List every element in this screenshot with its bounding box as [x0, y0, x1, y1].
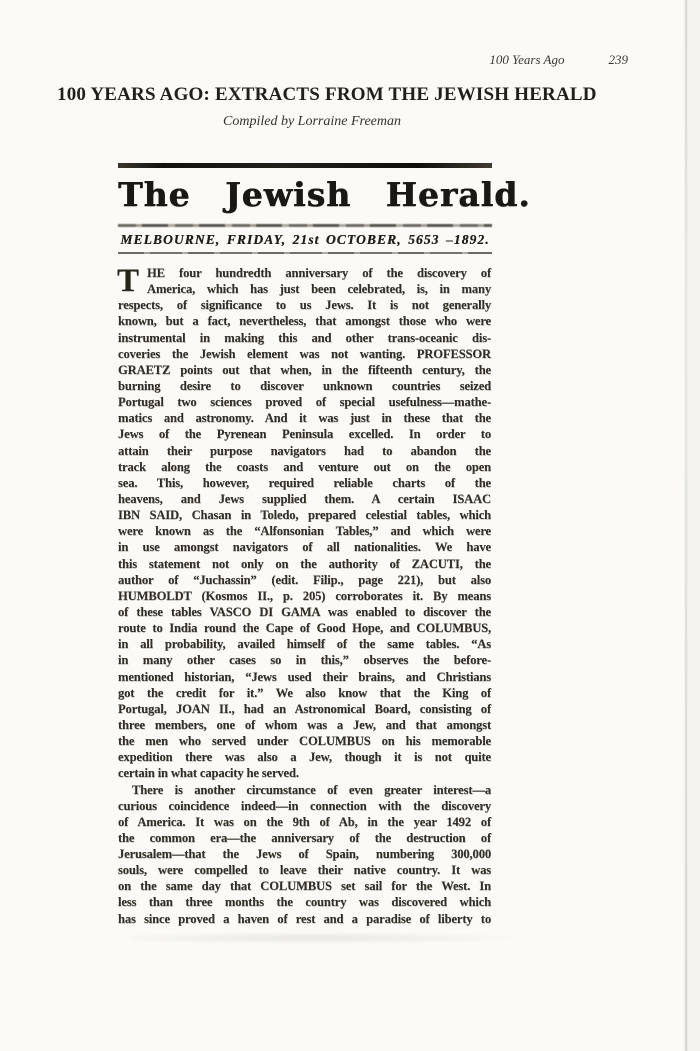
body-line: matics and astronomy. And it was just in… [118, 410, 491, 426]
article-body: T HE four hundredth anniversary of the d… [118, 265, 491, 927]
body-line: track along the coasts and venture out o… [118, 459, 491, 475]
body-line: this statement not only on the authority… [118, 556, 491, 572]
page-number: 239 [609, 52, 629, 67]
body-line: author of “Juchassin” (edit. Filip., pag… [118, 572, 491, 588]
body-line: three members, one of whom was a Jew, an… [118, 717, 491, 733]
body-line: the men who served under COLUMBUS on his… [118, 733, 491, 749]
body-line: route to India round the Cape of Good Ho… [118, 620, 491, 636]
newspaper-masthead: The Jewish Herald. MELBOURNE, FRIDAY, 21… [118, 160, 492, 254]
body-line: heavens, and Jews supplied them. A certa… [118, 491, 491, 507]
masthead-smudge-rule [118, 224, 492, 227]
page-edge-line [685, 0, 687, 1051]
body-line: souls, were compelled to leave their nat… [118, 862, 491, 878]
bottom-smudge [130, 932, 530, 944]
body-line: Jerusalem—that the Jews of Spain, number… [118, 846, 491, 862]
body-line: Portugal, JOAN II., had an Astronomical … [118, 701, 491, 717]
body-line: less than three months the country was d… [118, 894, 491, 910]
body-line: the common era—the anniversary of the de… [118, 830, 491, 846]
body-line: on the same day that COLUMBUS set sail f… [118, 878, 491, 894]
body-line: burning desire to discover unknown count… [118, 378, 491, 394]
body-line: respects, of significance to us Jews. It… [118, 297, 491, 313]
body-line: in all probability, availed himself of t… [118, 636, 491, 652]
body-line: Jews of the Pyrenean Peninsula excelled.… [118, 426, 491, 442]
byline: Compiled by Lorraine Freeman [0, 114, 624, 130]
body-line: in use amongst navigators of all nationa… [118, 539, 491, 555]
body-line: certain in what capacity he served. [118, 765, 491, 781]
body-line: got the credit for it.” We also know tha… [118, 685, 491, 701]
body-line: instrumental in making this and other tr… [118, 330, 491, 346]
running-head: 100 Years Ago239 [489, 52, 628, 68]
drop-cap: T [117, 266, 139, 296]
body-line: of these tables VASCO DI GAMA was enable… [118, 604, 491, 620]
masthead-top-rule [118, 163, 492, 168]
body-line: mentioned historian, “Jews used their br… [118, 669, 491, 685]
newspaper-title: The Jewish Herald. [118, 170, 492, 220]
body-line: curious coincidence indeed—in connection… [118, 798, 491, 814]
body-line: known, but a fact, nevertheless, that am… [118, 313, 491, 329]
body-line: were known as the “Alfonsonian Tables,” … [118, 523, 491, 539]
masthead-bottom-rule [118, 252, 492, 254]
body-line: HUMBOLDT (Kosmos II., p. 205) corroborat… [118, 588, 491, 604]
body-line: GRAETZ points out that when, in the fift… [118, 362, 491, 378]
article-title: 100 YEARS AGO: EXTRACTS FROM THE JEWISH … [57, 84, 657, 106]
body-line: Portugal two sciences proved of special … [118, 394, 491, 410]
body-line: attain their purpose navigators had to a… [118, 443, 491, 459]
running-head-title: 100 Years Ago [489, 52, 564, 67]
scanned-page: 100 Years Ago239 100 YEARS AGO: EXTRACTS… [0, 0, 700, 1051]
dateline: MELBOURNE, FRIDAY, 21st OCTOBER, 5653 –1… [118, 232, 492, 248]
body-line: expedition there was also a Jew, though … [118, 749, 491, 765]
body-line: of America. It was on the 9th of Ab, in … [118, 814, 491, 830]
body-line: IBN SAID, Chasan in Toledo, prepared cel… [118, 507, 491, 523]
body-line: in many other cases so in this,” observe… [118, 652, 491, 668]
body-line: coveries the Jewish element was not want… [118, 346, 491, 362]
body-line: sea. This, however, required reliable ch… [118, 475, 491, 491]
body-line: America, which has just been celebrated,… [118, 281, 491, 297]
page-edge-strip [687, 0, 700, 1051]
body-line: has since proved a haven of rest and a p… [118, 911, 491, 927]
body-line: There is another circumstance of even gr… [118, 782, 491, 798]
body-line: HE four hundredth anniversary of the dis… [118, 265, 491, 281]
